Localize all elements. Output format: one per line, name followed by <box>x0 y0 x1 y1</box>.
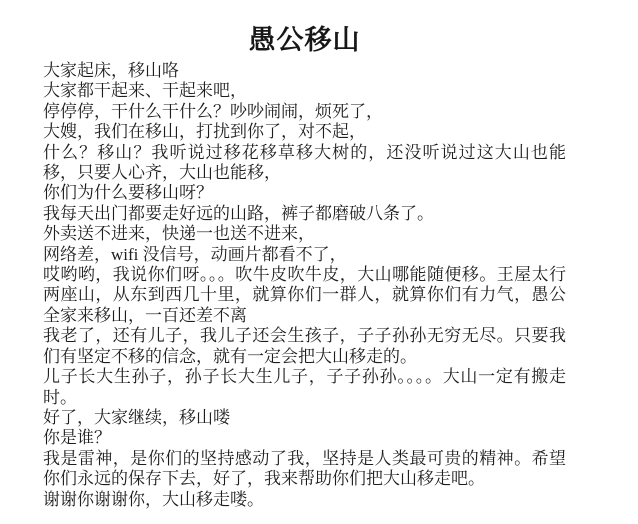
text-line: 大家都干起来、干起来吧， <box>43 81 566 101</box>
document-page: 愚公移山 大家起床，移山咯大家都干起来、干起来吧，停停停，干什么干什么？吵吵闹闹… <box>0 0 638 524</box>
document-title: 愚公移山 <box>43 26 566 54</box>
text-line: 你是谁？ <box>43 428 566 448</box>
text-line: 停停停，干什么干什么？吵吵闹闹，烦死了， <box>43 102 566 122</box>
text-line: 谢谢你谢谢你，大山移走喽。 <box>43 490 566 510</box>
text-line: 我每天出门都要走好远的山路，裤子都磨破八条了。 <box>43 204 566 224</box>
text-line: 网络差，wifi 没信号，动画片都看不了， <box>43 245 566 265</box>
text-line: 什么？移山？我听说过移花移草移大树的，还没听说过这大山也能移，只要人心齐，大山也… <box>43 143 566 184</box>
text-line: 我老了，还有儿子，我儿子还会生孩子，子子孙孙无穷无尽。只要我们有坚定不移的信念，… <box>43 326 566 367</box>
text-line: 我是雷神，是你们的坚持感动了我，坚持是人类最可贵的精神。希望你们永远的保存下去，… <box>43 449 566 490</box>
text-line: 好了，大家继续，移山喽 <box>43 408 566 428</box>
text-line: 大家起床，移山咯 <box>43 61 566 81</box>
text-line: 大嫂，我们在移山，打扰到你了，对不起， <box>43 122 566 142</box>
text-line: 哎哟哟，我说你们呀。。。吹牛皮吹牛皮，大山哪能随便移。王屋太行两座山，从东到西几… <box>43 265 566 326</box>
document-body: 愚公移山 大家起床，移山咯大家都干起来、干起来吧，停停停，干什么干什么？吵吵闹闹… <box>0 0 566 510</box>
text-line: 外卖送不进来，快递一也送不进来， <box>43 224 566 244</box>
text-line: 你们为什么要移山呀？ <box>43 183 566 203</box>
text-line: 儿子长大生孙子，孙子长大生儿子，子子孙孙。。。。大山一定有搬走时。 <box>43 367 566 408</box>
